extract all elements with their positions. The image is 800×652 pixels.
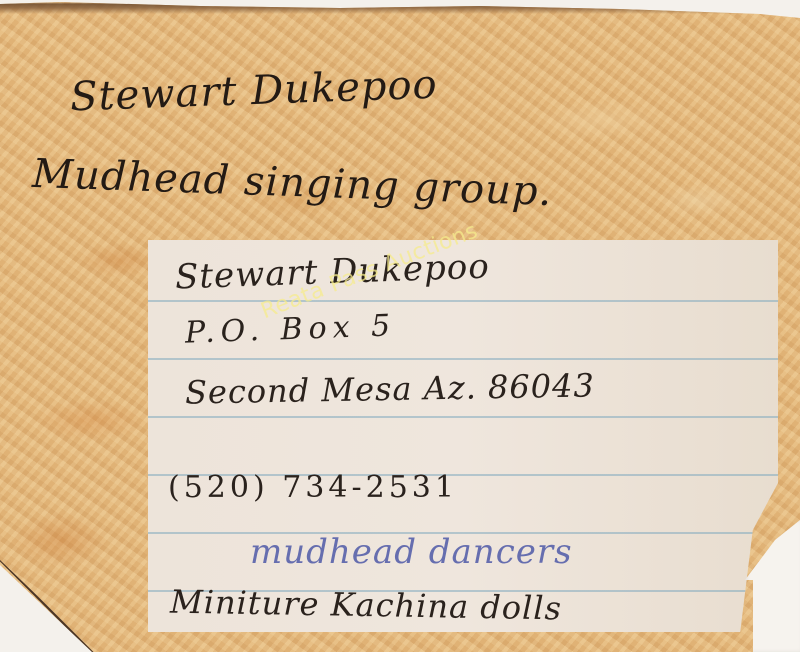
board-top-edge xyxy=(0,0,800,26)
card-city-state-zip: Second Mesa Az. 86043 xyxy=(185,366,595,411)
card-item-description: Miniture Kachina dolls xyxy=(170,583,563,628)
card-phone-number: (520) 734-2531 xyxy=(168,470,458,505)
index-card xyxy=(148,240,778,632)
card-blue-ink-note: mudhead dancers xyxy=(250,532,573,572)
